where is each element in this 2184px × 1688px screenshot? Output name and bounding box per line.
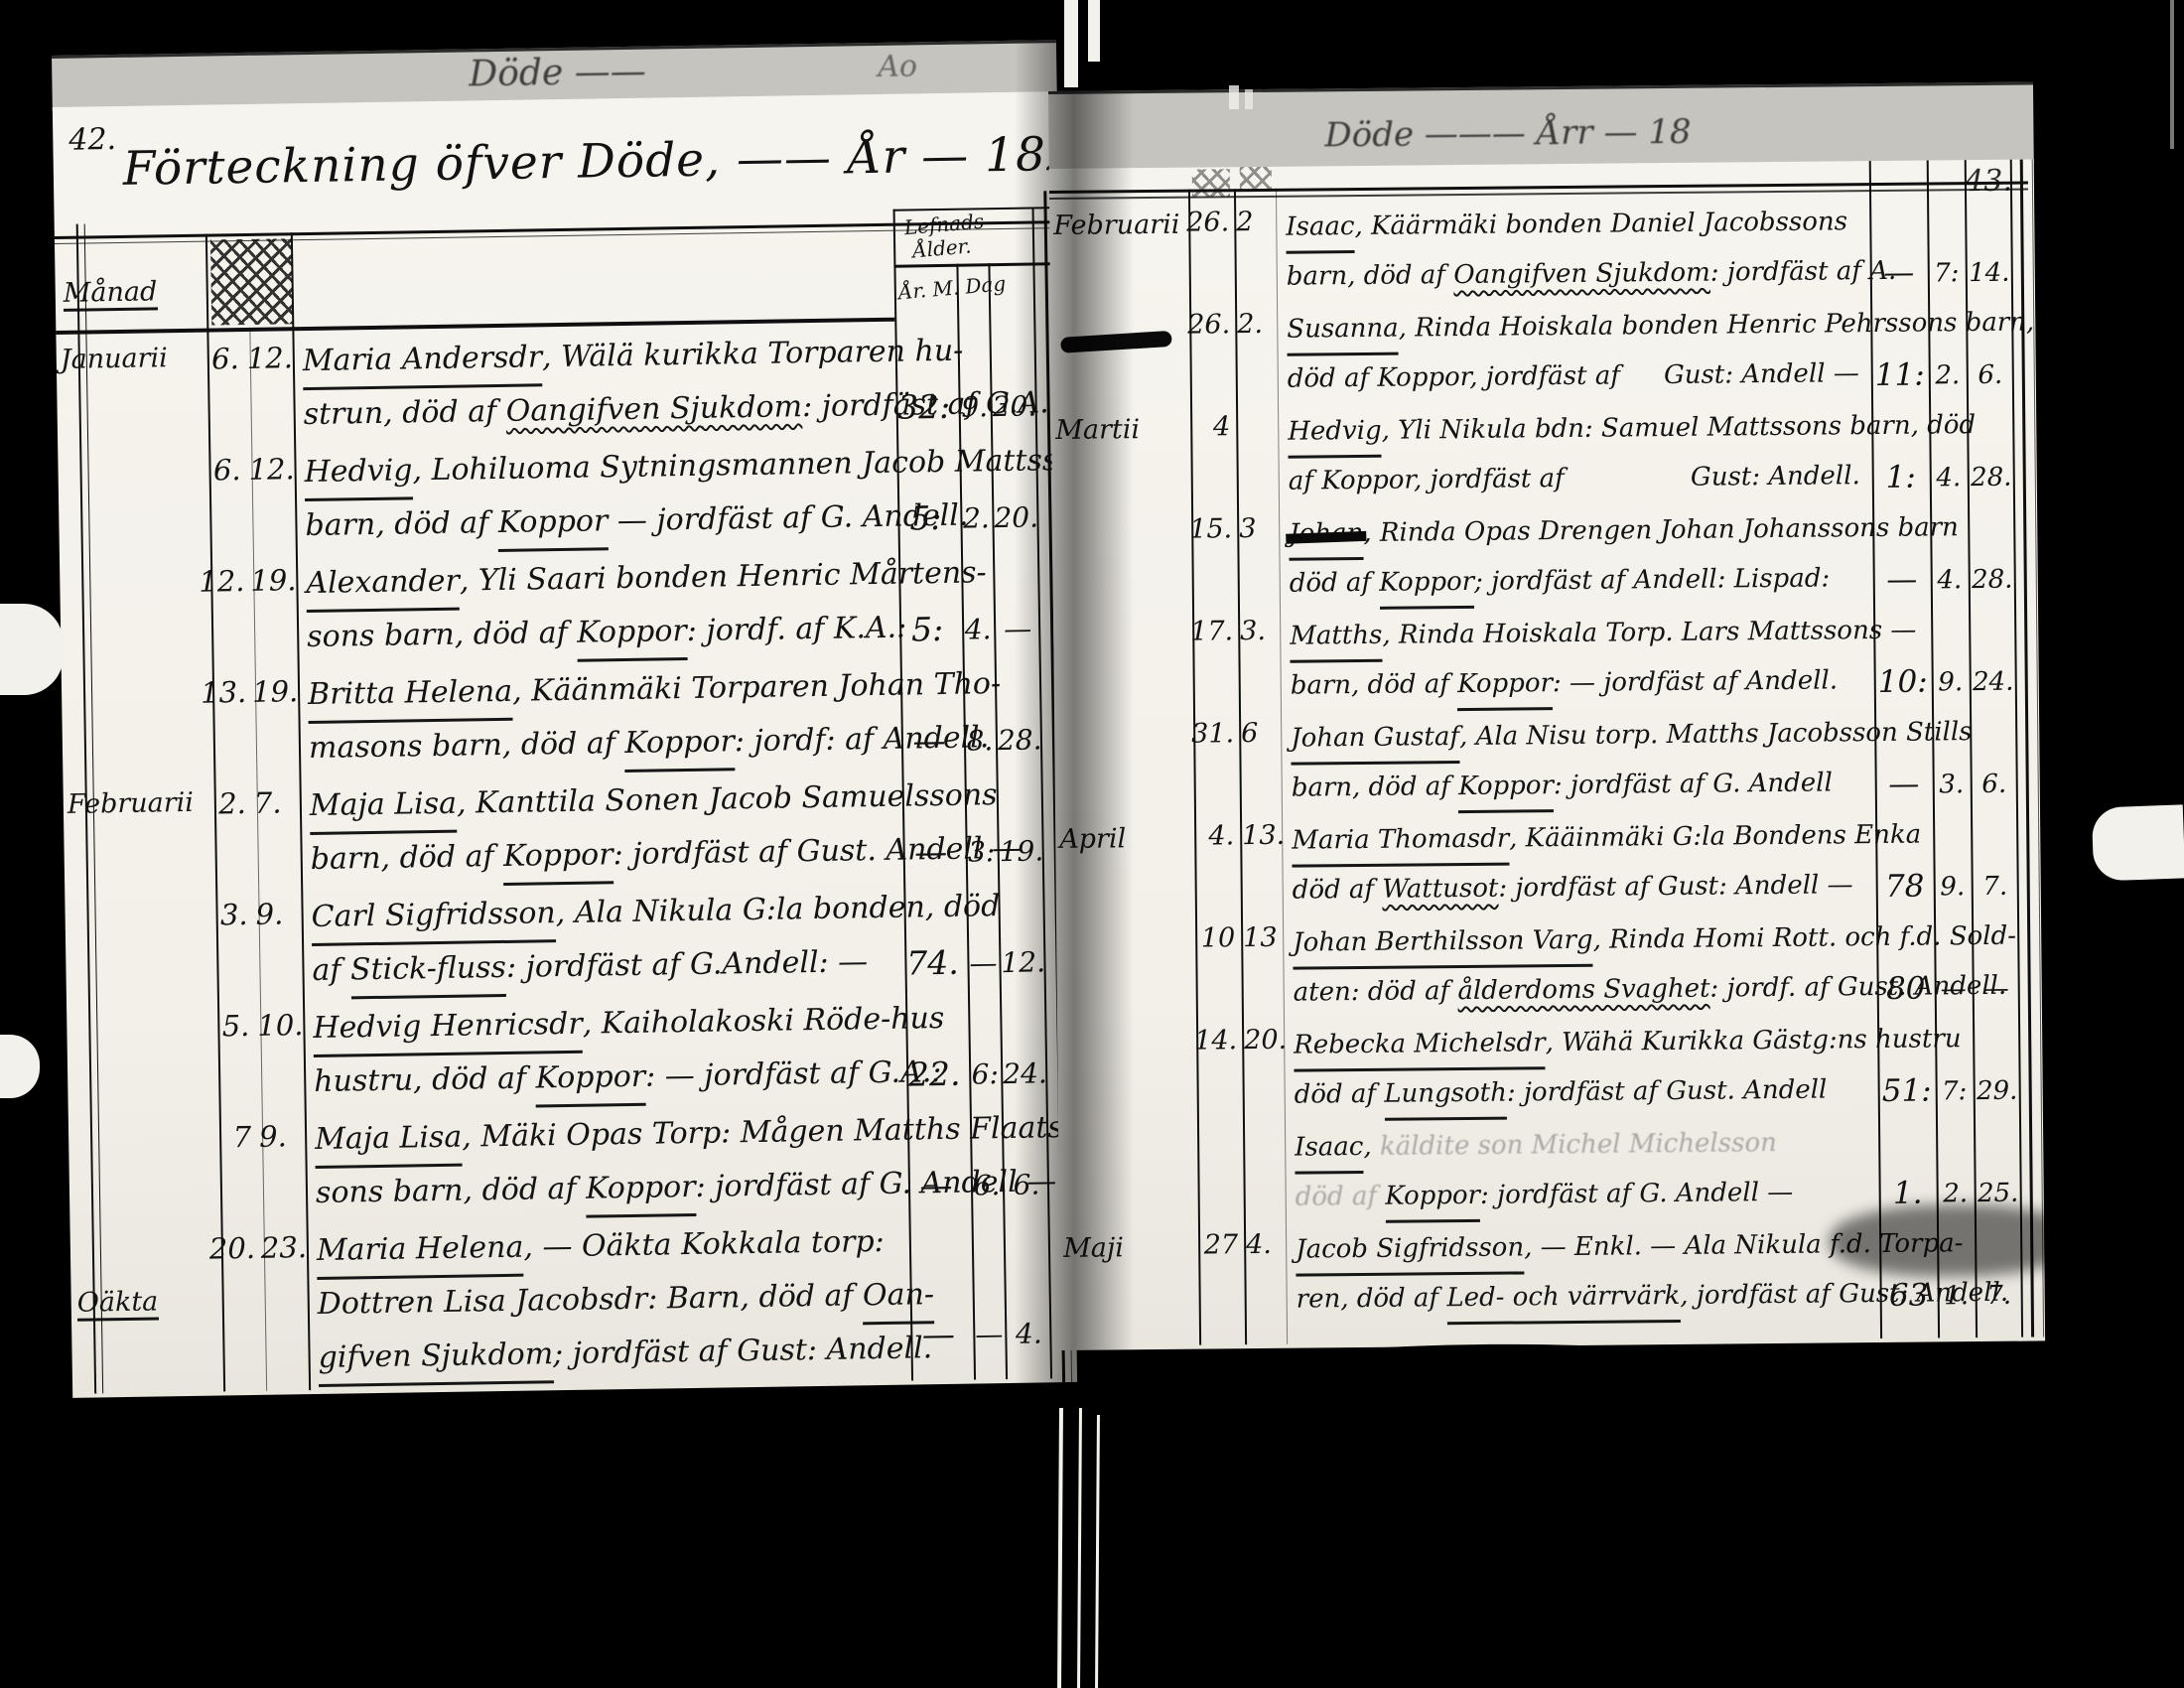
age-years: — bbox=[1875, 562, 1929, 599]
death-date: 3. bbox=[204, 898, 248, 932]
entry-text: Hedvig Henricsdr, Kaiholakoski Röde-hush… bbox=[313, 995, 900, 1111]
text-run: Johan Gustaf bbox=[1291, 714, 1459, 766]
burial-date: 9. bbox=[255, 897, 304, 931]
text-run: död af bbox=[1293, 867, 1383, 914]
age-months: 9. bbox=[1934, 667, 1968, 697]
entry-line: af Koppor, jordfäst afGust: Andell. bbox=[1289, 453, 1864, 504]
entry-text: Carl Sigfridsson, Ala Nikula G:la bonden… bbox=[311, 884, 898, 1000]
age-months: — bbox=[1937, 974, 1971, 1004]
age-years: — bbox=[905, 1166, 968, 1205]
age-days: 14. bbox=[1968, 258, 2011, 288]
death-date: 10 bbox=[1193, 922, 1235, 953]
text-run: Matths bbox=[1290, 613, 1383, 663]
ghost-title-text: Döde ——— Årr — 18 bbox=[1324, 112, 1692, 156]
text-run: : jordfäst af G. Andell — bbox=[1480, 1170, 1794, 1222]
age-months: 3. bbox=[1935, 770, 1969, 799]
entry-line: Maja Lisa, Mäki Opas Torp: Mågen Matths … bbox=[315, 1106, 901, 1169]
register-entry: 26.2.Susanna, Rinda Hoiskala bonden Henr… bbox=[1050, 299, 2036, 411]
text-run: barn, död af bbox=[1291, 661, 1458, 713]
column-header-age-2: Ålder. bbox=[911, 233, 972, 262]
entry-text: Maja Lisa, Mäki Opas Torp: Mågen Matths … bbox=[315, 1106, 902, 1222]
text-run: Johan Berthilsson Varg bbox=[1293, 917, 1593, 970]
age-months: 7: bbox=[1930, 258, 1964, 288]
text-run: Koppor bbox=[577, 607, 687, 662]
text-run: Maria Thomasdr bbox=[1292, 816, 1509, 868]
text-run: barn, död af bbox=[1287, 252, 1454, 300]
register-entry: 17.3.Matths, Rinda Hoiskala Torp. Lars M… bbox=[1053, 606, 2039, 718]
right-page: 43. Februarii26.2Isaac, Käärmäki bonden … bbox=[1049, 159, 2045, 1349]
page-gutter-shadow bbox=[1015, 0, 1134, 1688]
burial-date: 4. bbox=[1246, 1229, 1286, 1260]
entry-line: Susanna, Rinda Hoiskala bonden Henric Pe… bbox=[1287, 301, 1862, 356]
burial-date: 9. bbox=[259, 1119, 308, 1154]
burial-date: 20. bbox=[1244, 1025, 1284, 1055]
register-entry: 15.3Johan, Rinda Opas Drengen Johan Joha… bbox=[1052, 503, 2038, 616]
text-run: Gust: Andell — bbox=[1664, 351, 1863, 398]
text-run: Alexander bbox=[306, 557, 460, 613]
burial-date: 19. bbox=[250, 563, 299, 598]
text-run: Koppor bbox=[1458, 763, 1554, 813]
text-run: , Ala Nisu torp. Matths Jacobsson Stills bbox=[1459, 709, 1973, 764]
text-run: , Kaiholakoski Röde-hus bbox=[582, 994, 944, 1054]
age-years: 11: bbox=[1873, 357, 1927, 394]
age-months: 4. bbox=[1933, 565, 1967, 595]
entry-line: Hedvig, Yli Nikula bdn: Samuel Mattssons… bbox=[1288, 403, 1863, 459]
age-days: 7. bbox=[1974, 872, 2017, 902]
death-date: 12. bbox=[199, 564, 243, 599]
entry-text: Susanna, Rinda Hoiskala bonden Henric Pe… bbox=[1287, 301, 1863, 402]
text-run: , Kääinmäki G:la Bondens Enka bbox=[1509, 812, 1921, 866]
entry-text: Britta Helena, Käänmäki Torparen Johan T… bbox=[308, 661, 895, 777]
death-date: 5. bbox=[205, 1009, 250, 1044]
text-run: Koppor bbox=[497, 496, 608, 552]
text-run: Led- och värrvärk bbox=[1446, 1273, 1680, 1325]
text-run: Wattusot bbox=[1382, 866, 1498, 913]
entry-line: död af Lungsoth: jordfäst af Gust. Andel… bbox=[1294, 1066, 1869, 1122]
text-run: hustru, död af bbox=[314, 1054, 536, 1111]
burial-date: 13. bbox=[1242, 820, 1282, 851]
text-run: , Yli Saari bonden Henric Mårtens- bbox=[459, 548, 987, 610]
text-run: Maria Helena bbox=[317, 1223, 524, 1280]
entry-line: Johan Gustaf, Ala Nisu torp. Matths Jaco… bbox=[1291, 710, 1866, 766]
text-run: Koppor bbox=[624, 717, 735, 773]
age-months: 8. bbox=[966, 724, 995, 757]
age-days: 7. bbox=[1978, 1281, 2021, 1311]
entry-text: Hedvig, Yli Nikula bdn: Samuel Mattssons… bbox=[1288, 403, 1864, 504]
entry-line: masons barn, död af Koppor: jordf: af An… bbox=[309, 715, 895, 777]
entry-line: Rebecka Michelsdr, Wähä Kurikka Gästg:ns… bbox=[1294, 1017, 1869, 1072]
age-days: — bbox=[1975, 974, 2018, 1004]
text-run: sons barn, död af bbox=[316, 1165, 587, 1222]
microfilm-scan: Döde —— Ao 42. Förteckning öfver Döde, —… bbox=[0, 0, 2184, 1688]
sprocket-mark bbox=[1245, 89, 1253, 109]
text-run: barn, död af bbox=[310, 832, 503, 889]
age-months: — bbox=[969, 946, 998, 979]
entry-line: Isaac, käldite son Michel Michelsson bbox=[1295, 1119, 1870, 1175]
text-run: Oangifven Sjukdom bbox=[505, 382, 802, 437]
register-entry: Martii4Hedvig, Yli Nikula bdn: Samuel Ma… bbox=[1051, 401, 2037, 513]
death-date: 4. bbox=[1192, 820, 1234, 851]
age-years: — bbox=[907, 1315, 970, 1354]
age-months: 4. bbox=[964, 613, 993, 645]
page-title: Förteckning öfver Döde, —— År — 1823. bbox=[122, 126, 1124, 197]
entry-text: Matths, Rinda Hoiskala Torp. Lars Mattss… bbox=[1290, 608, 1866, 713]
header-scribble bbox=[1240, 167, 1272, 191]
text-run: Maja Lisa bbox=[315, 1113, 463, 1169]
death-date: 20. bbox=[209, 1231, 254, 1266]
age-days: 28. bbox=[1970, 463, 2013, 492]
age-months: — bbox=[975, 1318, 1004, 1350]
entry-line: död af Koppor, jordfäst afGust: Andell — bbox=[1288, 351, 1863, 402]
text-run: Koppor bbox=[1385, 1173, 1480, 1223]
ghost-flourish: Ao bbox=[878, 49, 917, 84]
age-months: 9. bbox=[1936, 872, 1970, 902]
death-date: 7 bbox=[207, 1120, 252, 1155]
text-run: , bbox=[1363, 1124, 1380, 1174]
text-run: Koppor bbox=[1379, 559, 1474, 610]
entry-line: barn, död af Koppor: — jordfäst af Andel… bbox=[1291, 657, 1866, 713]
entry-line: Isaac, Käärmäki bonden Daniel Jacobssons bbox=[1286, 199, 1861, 254]
death-date: 13. bbox=[201, 675, 245, 710]
text-run: Isaac bbox=[1286, 204, 1355, 254]
text-run: död af bbox=[1295, 1174, 1385, 1224]
death-date: 14. bbox=[1194, 1025, 1236, 1055]
text-run: Carl Sigfridsson bbox=[311, 889, 556, 946]
entry-text: Alexander, Yli Saari bonden Henric Mårte… bbox=[306, 550, 893, 666]
ghost-title-text: Döde —— bbox=[469, 52, 646, 95]
age-months: 3: bbox=[967, 835, 996, 868]
sprocket-mark bbox=[1064, 0, 1078, 87]
age-years: 1: bbox=[1874, 460, 1928, 496]
death-date: 2. bbox=[203, 786, 247, 821]
film-edge-blob bbox=[0, 1035, 40, 1098]
age-years: 32: bbox=[892, 387, 955, 427]
entry-line: barn, död af Oangifven Sjukdom: jordfäst… bbox=[1287, 248, 1862, 300]
death-date: 17. bbox=[1190, 616, 1232, 646]
text-run: , Ala Nikula G:la bonden, död bbox=[555, 882, 1000, 942]
text-run: : jordfäst af Gust. Andell bbox=[1507, 1067, 1828, 1120]
header-scribble bbox=[1192, 169, 1230, 197]
burial-date: 3 bbox=[1239, 513, 1279, 544]
text-run: : jordf. af K.A.: bbox=[686, 604, 906, 660]
entry-line: Hedvig Henricsdr, Kaiholakoski Röde-hus bbox=[313, 995, 899, 1057]
text-run: : jordfäst af G. Andell bbox=[1554, 760, 1833, 812]
age-months: 2. bbox=[962, 501, 991, 534]
entry-text: Johan Berthilsson Varg, Rinda Homi Rott.… bbox=[1293, 914, 1869, 1016]
text-run: barn, död af bbox=[305, 498, 498, 555]
death-date: 15. bbox=[1189, 513, 1231, 544]
text-run: : jordfäst af Gust: Andell — bbox=[1498, 862, 1853, 911]
text-run: , — Oäkta Kokkala torp: bbox=[523, 1217, 885, 1277]
text-run: af bbox=[312, 945, 350, 1000]
age-years: — bbox=[1872, 255, 1926, 292]
text-run: Koppor bbox=[503, 830, 614, 886]
left-page: 42. Förteckning öfver Döde, —— År — 1823… bbox=[53, 91, 1077, 1398]
death-date: 4 bbox=[1188, 411, 1230, 442]
register-entry: 1013Johan Berthilsson Varg, Rinda Homi R… bbox=[1056, 913, 2042, 1025]
entry-line: barn, död af Koppor — jordfäst af G. And… bbox=[305, 492, 891, 555]
entry-line: Johan Berthilsson Varg, Rinda Homi Rott.… bbox=[1293, 914, 1868, 970]
text-run: död af bbox=[1290, 560, 1380, 611]
entry-line: ren, död af Led- och värrvärk, jordfäst … bbox=[1296, 1271, 1871, 1327]
register-entry: 14.20.Rebecka Michelsdr, Wähä Kurikka Gä… bbox=[1057, 1015, 2043, 1127]
text-run: af Koppor, jordfäst af bbox=[1289, 456, 1565, 504]
text-run: Hedvig bbox=[304, 446, 413, 501]
burial-date: 2. bbox=[1237, 309, 1277, 340]
text-run: Johan bbox=[1289, 510, 1364, 561]
text-run: : — jordfäst af Andell. bbox=[1553, 657, 1839, 710]
text-run: ; jordfäst af Andell: Lispad: bbox=[1474, 555, 1831, 608]
text-run: Stick-fluss bbox=[350, 943, 507, 999]
register-entry: Februarii26.2Isaac, Käärmäki bonden Dani… bbox=[1049, 197, 2035, 309]
death-date: 26. bbox=[1187, 309, 1229, 340]
age-days: 6. bbox=[1969, 360, 2012, 390]
text-run: : jordfäst af A. bbox=[1710, 248, 1897, 296]
text-run: , Kanttila Sonen Jacob Samuelssons bbox=[457, 771, 998, 833]
film-edge-blob bbox=[0, 604, 64, 695]
left-page-number: 42. bbox=[68, 122, 116, 158]
entry-line: Maria Thomasdr, Kääinmäki G:la Bondens E… bbox=[1292, 812, 1867, 868]
film-scratch-line bbox=[2170, 0, 2174, 149]
text-run: , Yli Nikula bdn: Samuel Mattssons barn,… bbox=[1381, 402, 1976, 458]
burial-date: 10. bbox=[257, 1008, 306, 1043]
entry-text: Isaac, Käärmäki bonden Daniel Jacobssons… bbox=[1286, 199, 1862, 300]
entry-line: Dottren Lisa Jacobsdr: Barn, död af Oan- bbox=[317, 1271, 903, 1334]
text-run: Maria Andersdr bbox=[302, 333, 542, 390]
text-run: Hedvig bbox=[1288, 408, 1382, 459]
age-days: 28. bbox=[1971, 565, 2014, 595]
text-run: Britta Helena bbox=[308, 667, 513, 724]
age-months: 7: bbox=[1938, 1076, 1972, 1106]
age-years: 5: bbox=[896, 610, 959, 649]
entry-line: Hedvig, Lohiluoma Sytningsmannen Jacob M… bbox=[304, 439, 890, 501]
entry-line: död af Koppor; jordfäst af Andell: Lispa… bbox=[1290, 555, 1865, 611]
burial-date: 12. bbox=[247, 341, 296, 375]
entry-line: död af Koppor: jordfäst af G. Andell — bbox=[1295, 1169, 1870, 1224]
text-run: Gust: Andell. bbox=[1691, 453, 1864, 500]
text-run: , Wähä Kurikka Gästg:ns hustru bbox=[1545, 1016, 1961, 1069]
entry-line: Maja Lisa, Kanttila Sonen Jacob Samuelss… bbox=[310, 773, 896, 835]
entry-line: barn, död af Koppor: jordfäst af Gust. A… bbox=[310, 826, 896, 889]
entry-text: Maria Andersdr, Wälä kurikka Torparen hu… bbox=[302, 328, 889, 440]
entry-line: Maria Andersdr, Wälä kurikka Torparen hu… bbox=[302, 328, 888, 390]
text-run: Koppor bbox=[535, 1053, 645, 1108]
burial-date: 19. bbox=[252, 674, 301, 709]
margin-note: Oäkta bbox=[76, 1286, 158, 1321]
age-years: — bbox=[899, 832, 962, 872]
ink-smear bbox=[1830, 1203, 2079, 1277]
text-run: ; jordfäst af Gust: Andell. bbox=[553, 1324, 933, 1383]
text-run: död af bbox=[1294, 1071, 1384, 1122]
entry-text: Hedvig, Lohiluoma Sytningsmannen Jacob M… bbox=[304, 439, 891, 555]
text-run: Koppor bbox=[586, 1163, 696, 1218]
age-months: 4. bbox=[1932, 463, 1966, 492]
entry-line: hustru, död af Koppor: — jordfäst af G.A… bbox=[314, 1049, 900, 1111]
entry-line: barn, död af Koppor: jordfäst af G. Ande… bbox=[1292, 760, 1867, 815]
text-run: död af Koppor, jordfäst af bbox=[1288, 352, 1621, 401]
death-date: 27 bbox=[1196, 1229, 1238, 1260]
entry-text: Maria Thomasdr, Kääinmäki G:la Bondens E… bbox=[1292, 812, 1868, 914]
text-run: aten: död af bbox=[1294, 968, 1458, 1016]
text-run: : jordfäst af G.Andell: — bbox=[506, 937, 869, 997]
text-run: Koppor bbox=[1457, 660, 1553, 711]
burial-date: 7. bbox=[254, 785, 303, 820]
text-run: , Lohiluoma Sytningsmannen Jacob Mattsso… bbox=[412, 435, 1110, 499]
text-run: Lungsoth bbox=[1384, 1070, 1507, 1121]
text-run: , Rinda Opas Drengen Johan Johanssons ba… bbox=[1363, 504, 1959, 560]
age-months: 1. bbox=[1940, 1281, 1974, 1311]
entry-text: Johan Gustaf, Ala Nisu torp. Matths Jaco… bbox=[1291, 710, 1867, 815]
text-run: sons barn, död af bbox=[307, 609, 578, 666]
text-run: ren, död af bbox=[1296, 1275, 1446, 1326]
text-run: barn, död af bbox=[1292, 764, 1459, 815]
burial-date: 3. bbox=[1240, 616, 1280, 646]
text-run: Rebecka Michelsdr bbox=[1294, 1020, 1546, 1071]
age-days: 6. bbox=[1973, 770, 2016, 799]
text-run: ålderdoms Svaghet bbox=[1457, 966, 1709, 1014]
death-date: 6. bbox=[196, 342, 240, 376]
age-years: 80 bbox=[1879, 970, 1933, 1007]
death-date: 6. bbox=[197, 453, 241, 488]
text-run: Isaac bbox=[1295, 1124, 1364, 1175]
burial-date: 13 bbox=[1243, 922, 1283, 953]
text-run: Hedvig Henricsdr bbox=[313, 1000, 583, 1057]
burial-date: 23. bbox=[261, 1230, 310, 1265]
right-ghost-strip: Döde ——— Årr — 18 bbox=[1048, 81, 2034, 173]
film-edge-tab bbox=[2092, 804, 2184, 881]
header-scribble bbox=[210, 238, 293, 325]
age-years: 10: bbox=[1876, 664, 1930, 701]
text-run: , Käänmäki Torparen Johan Tho- bbox=[512, 659, 1002, 721]
age-months: 9. bbox=[960, 390, 989, 423]
text-run: käldite son Michel Michelsson bbox=[1380, 1120, 1777, 1174]
age-years: 5: bbox=[894, 498, 957, 538]
death-date: 26. bbox=[1186, 207, 1228, 237]
age-years: 63 bbox=[1882, 1277, 1936, 1314]
age-months: 6. bbox=[973, 1169, 1002, 1201]
text-run: Susanna bbox=[1287, 306, 1399, 356]
entry-line: Carl Sigfridsson, Ala Nikula G:la bonden… bbox=[311, 884, 897, 946]
age-years: 51: bbox=[1880, 1072, 1934, 1109]
age-days: 29. bbox=[1976, 1076, 2019, 1106]
burial-date: 12. bbox=[248, 452, 297, 487]
right-page-unit: Döde ——— Årr — 18 43. Februarii26.2Isaac… bbox=[1048, 81, 2045, 1349]
register-entry: April4.13.Maria Thomasdr, Kääinmäki G:la… bbox=[1055, 810, 2041, 922]
entry-line: strun, död af Oangifven Sjukdom: jordfäs… bbox=[303, 381, 889, 440]
entry-line: Matths, Rinda Hoiskala Torp. Lars Mattss… bbox=[1290, 608, 1865, 663]
left-page-unit: Döde —— Ao 42. Förteckning öfver Döde, —… bbox=[52, 40, 1077, 1398]
entry-line: Alexander, Yli Saari bonden Henric Mårte… bbox=[306, 550, 892, 613]
entry-line: Maria Helena, — Oäkta Kokkala torp: bbox=[317, 1217, 903, 1280]
entry-line: Johan, Rinda Opas Drengen Johan Johansso… bbox=[1289, 505, 1864, 561]
text-run: , Wälä kurikka Torparen hu- bbox=[542, 327, 964, 387]
entry-text: Isaac, käldite son Michel Michelssondöd … bbox=[1295, 1119, 1871, 1224]
text-run: masons barn, död af bbox=[309, 719, 625, 777]
register-entry: 31.6Johan Gustaf, Ala Nisu torp. Matths … bbox=[1054, 708, 2040, 820]
entry-line: sons barn, död af Koppor: jordf. af K.A.… bbox=[307, 604, 893, 666]
death-date: 31. bbox=[1191, 718, 1233, 749]
age-years: 74. bbox=[901, 943, 964, 983]
text-run: strun, död af bbox=[303, 387, 506, 440]
age-years: — bbox=[898, 721, 961, 761]
text-run: gifven Sjukdom bbox=[318, 1330, 553, 1387]
text-run: : — jordfäst af G.A.: bbox=[645, 1048, 942, 1106]
age-years: — bbox=[1877, 767, 1931, 803]
burial-date: 2 bbox=[1236, 207, 1276, 237]
text-run: , Rinda Hoiskala Torp. Lars Mattssons — bbox=[1382, 608, 1916, 662]
text-run: , Rinda Homi Rott. och f.d. Sold- bbox=[1592, 914, 2016, 967]
age-months: 6: bbox=[971, 1057, 1000, 1090]
entry-text: Maria Helena, — Oäkta Kokkala torp:Dottr… bbox=[317, 1217, 904, 1387]
entry-text: Jacob Sigfridsson, — Enkl. — Ala Nikula … bbox=[1296, 1221, 1872, 1327]
text-run: , Rinda Hoiskala bonden Henric Pehrssons… bbox=[1398, 299, 2034, 354]
text-run: Maja Lisa bbox=[310, 779, 458, 835]
entry-line: af Stick-fluss: jordfäst af G.Andell: — bbox=[312, 937, 898, 1000]
entry-text: Maja Lisa, Kanttila Sonen Jacob Samuelss… bbox=[310, 773, 897, 889]
entry-line: gifven Sjukdom; jordfäst af Gust: Andell… bbox=[318, 1325, 904, 1387]
age-months: 2. bbox=[1931, 360, 1965, 390]
sprocket-mark bbox=[1088, 0, 1100, 62]
text-run: Dottren Lisa Jacobsdr: Barn, död af bbox=[317, 1271, 863, 1334]
month-label: Januarii bbox=[61, 343, 168, 375]
age-days: 24. bbox=[1972, 667, 2015, 697]
text-run: Oangifven Sjukdom bbox=[1453, 250, 1710, 298]
text-run: Jacob Sigfridsson bbox=[1296, 1224, 1524, 1276]
entry-line: död af Wattusot: jordfäst af Gust: Andel… bbox=[1293, 862, 1868, 914]
entry-text: Rebecka Michelsdr, Wähä Kurikka Gästg:ns… bbox=[1294, 1017, 1870, 1122]
entry-line: Jacob Sigfridsson, — Enkl. — Ala Nikula … bbox=[1296, 1221, 1871, 1277]
age-years: 78 bbox=[1878, 868, 1932, 905]
age-years: 22. bbox=[903, 1055, 966, 1094]
entry-line: Britta Helena, Käänmäki Torparen Johan T… bbox=[308, 661, 894, 724]
entry-line: aten: död af ålderdoms Svaghet: jordf. a… bbox=[1294, 964, 1869, 1016]
burial-date: 6 bbox=[1241, 718, 1281, 749]
entry-line: sons barn, död af Koppor: jordfäst af G.… bbox=[316, 1160, 902, 1222]
sprocket-mark bbox=[1229, 85, 1239, 109]
entry-text: Johan, Rinda Opas Drengen Johan Johansso… bbox=[1289, 505, 1865, 611]
text-run: , Mäki Opas Torp: Mågen Matths Flaats- bbox=[462, 1103, 1073, 1167]
text-run: , Käärmäki bonden Daniel Jacobssons bbox=[1354, 199, 1847, 253]
